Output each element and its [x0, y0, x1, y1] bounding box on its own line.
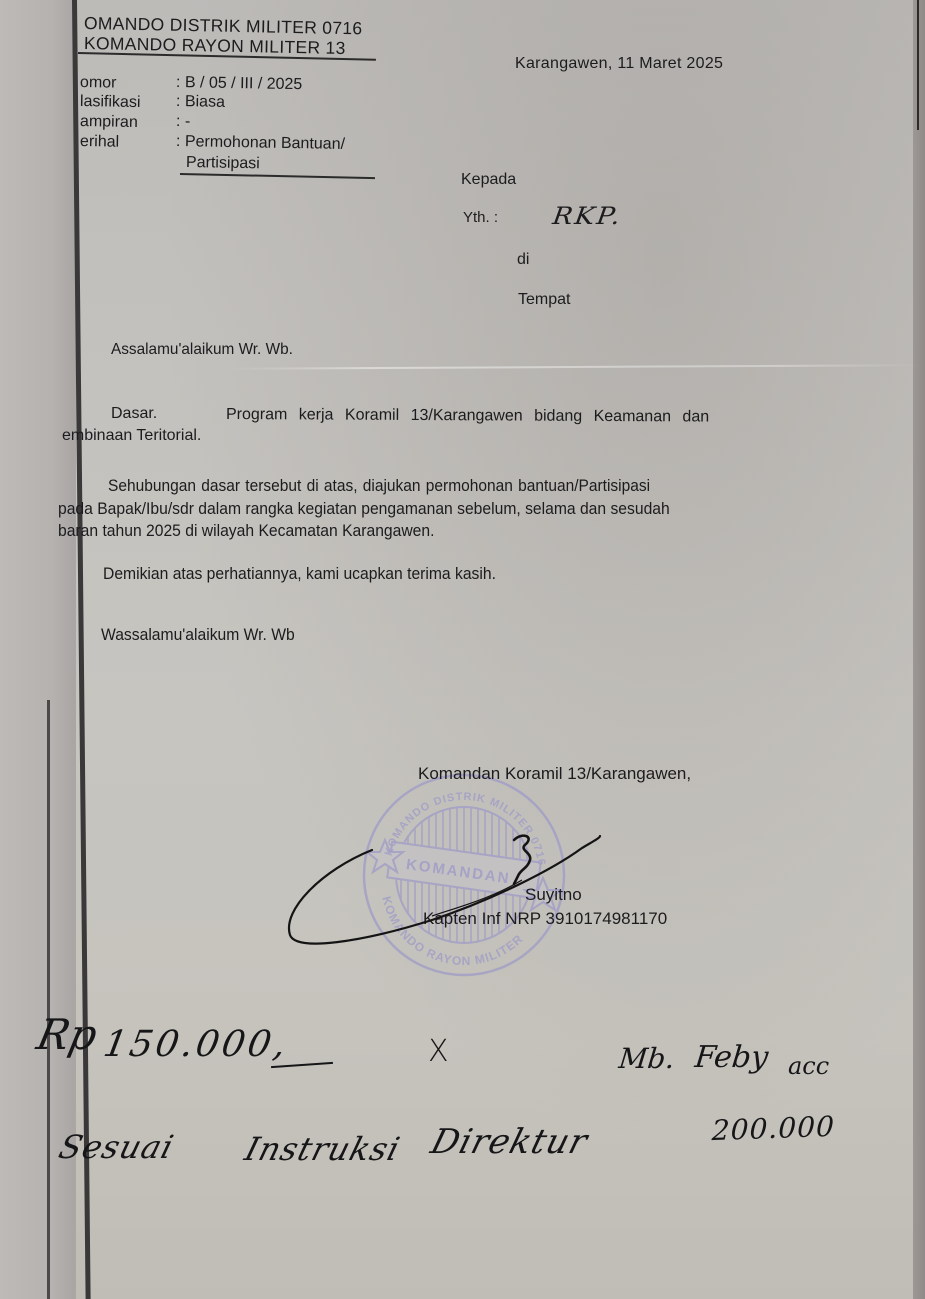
handwritten-amount: 150.000,	[100, 1024, 292, 1065]
right-page-edge	[913, 0, 925, 1299]
greeting: Assalamu'alaikum Wr. Wb.	[111, 342, 293, 358]
kepada-label: Kepada	[461, 172, 516, 188]
signatory-title: Komandan Koramil 13/Karangawen,	[418, 765, 691, 782]
klasifikasi-value: : Biasa	[176, 94, 225, 111]
perihal-value-continued: Partisipasi	[186, 155, 260, 172]
lampiran-label: ampiran	[80, 114, 138, 131]
handwritten-mb: Mb.	[617, 1042, 676, 1075]
closing-sentence: Demikian atas perhatiannya, kami ucapkan…	[103, 566, 496, 583]
tempat-label: Tempat	[518, 292, 570, 308]
perihal-value: : Permohonan Bantuan/	[176, 134, 345, 153]
dasar-text: Program kerja Koramil 13/Karangawen bida…	[226, 407, 709, 426]
paragraph-2-line-1: Sehubungan dasar tersebut di atas, diaju…	[108, 478, 650, 495]
handwritten-direktur: Direktur	[427, 1122, 593, 1162]
yth-label: Yth. :	[463, 210, 498, 225]
nomor-label: omor	[80, 75, 117, 92]
letter-paper	[76, 0, 916, 1299]
page-edge-line	[47, 700, 50, 1299]
handwritten-feby: Feby	[693, 1040, 770, 1075]
di-label: di	[517, 252, 529, 268]
dasar-text-continued: embinaan Teritorial.	[62, 428, 201, 444]
paragraph-2-line-3: baran tahun 2025 di wilayah Kecamatan Ka…	[58, 523, 434, 540]
handwritten-instruksi: Instruksi	[241, 1130, 405, 1168]
right-edge-line	[917, 0, 919, 130]
recipient-handwritten: RKP.	[551, 204, 624, 228]
handwritten-signature	[282, 820, 622, 950]
handwritten-amount-2: 200.000	[711, 1110, 835, 1147]
perihal-label: erihal	[80, 134, 119, 151]
handwritten-currency: Rp	[33, 1010, 102, 1059]
date-place: Karangawen, 11 Maret 2025	[515, 56, 723, 72]
nomor-value: : B / 05 / III / 2025	[176, 75, 303, 93]
dasar-label: Dasar.	[111, 406, 157, 422]
farewell: Wassalamu'alaikum Wr. Wb	[101, 627, 295, 644]
left-page-edge	[0, 0, 74, 1299]
klasifikasi-label: lasifikasi	[80, 94, 141, 111]
handwritten-x-mark: X	[428, 1034, 449, 1069]
handwritten-sesuai: Sesuai	[55, 1128, 178, 1166]
paragraph-2-line-2: pada Bapak/Ibu/sdr dalam rangka kegiatan…	[58, 501, 670, 518]
handwritten-acc: acc	[788, 1052, 829, 1080]
lampiran-value: : -	[176, 114, 190, 130]
